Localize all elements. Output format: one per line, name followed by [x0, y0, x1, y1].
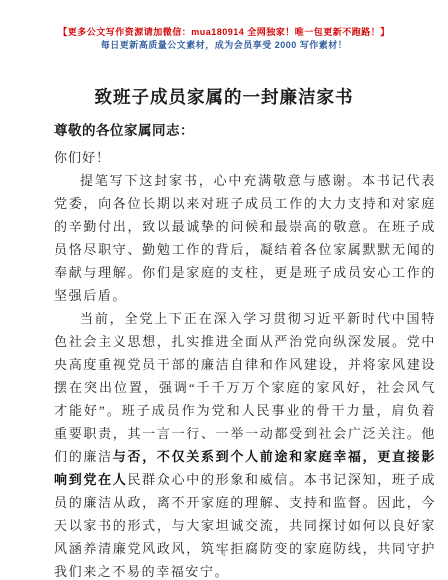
paragraph-2-pre: 当前，全党上下正在深入学习贯彻习近平新时代中国特色社会主义思想，扎实推进全面从严…: [54, 311, 436, 464]
salutation: 尊敬的各位家属同志：: [54, 119, 436, 143]
greeting: 你们好！: [54, 146, 436, 169]
document-title: 致班子成员家属的一封廉洁家书: [0, 84, 448, 110]
letter-body: 尊敬的各位家属同志： 你们好！ 提笔写下这封家书，心中充满敬意与感谢。本书记代表…: [54, 119, 436, 580]
ad-header-line-red: 【更多公文写作资源请加微信：mua180914 全网独家！唯一包更新不跑路！】: [0, 26, 448, 39]
paragraph-2: 当前，全党上下正在深入学习贯彻习近平新时代中国特色社会主义思想，扎实推进全面从严…: [54, 307, 436, 580]
document-page: 【更多公文写作资源请加微信：mua180914 全网独家！唯一包更新不跑路！】 …: [0, 0, 448, 580]
ad-header-line-blue: 每日更新高质量公文素材，成为会员享受 2000 写作素材！: [0, 39, 448, 52]
paragraph-2-post: 民群众心中的形象和威信。本书记深知，班子成员的廉洁从政，离不开家庭的理解、支持和…: [54, 472, 436, 579]
page-number: 1: [0, 548, 448, 560]
paragraph-1: 提笔写下这封家书，心中充满敬意与感谢。本书记代表党委，向各位长期以来对班子成员工…: [54, 169, 436, 307]
ad-header: 【更多公文写作资源请加微信：mua180914 全网独家！唯一包更新不跑路！】 …: [0, 0, 448, 52]
